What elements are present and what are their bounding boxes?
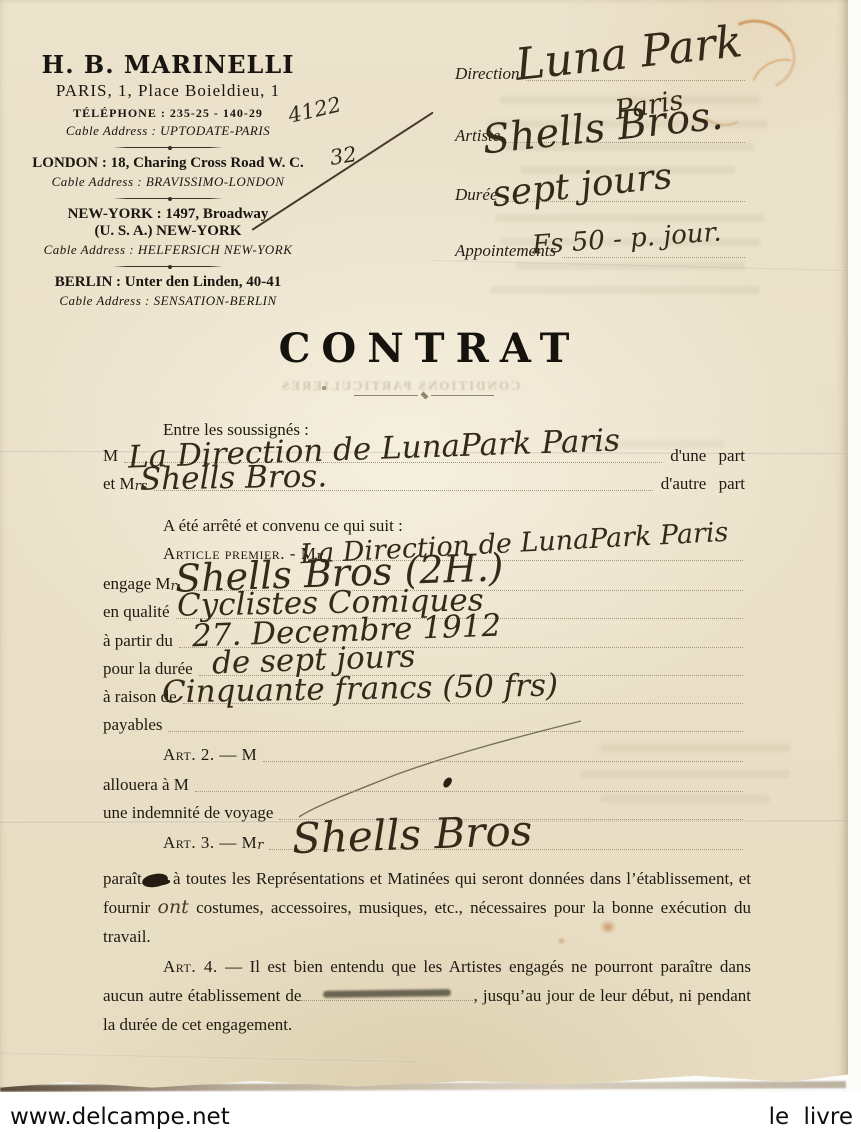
agency-name: H. B. MARINELLI [16,50,320,79]
article4-paragraph: Art. 4. — Il est bien entendu que les Ar… [103,952,751,1039]
party2-label: et M [103,474,135,494]
scanned-contract-document: CONDITIONS PARTICULIERES H. B. MARINELLI… [0,0,861,1132]
article2-label: Art. 2. — M [163,745,257,765]
partir-label: à partir du [103,631,173,651]
cable-address-newyork: Cable Address : HELFERSICH NEW-YORK [16,242,320,258]
showthrough-line [515,262,745,270]
article3-text-part3: costumes, accessoires, musiques, etc., n… [103,898,751,946]
showthrough-line [490,286,760,294]
divider-ornament [113,147,223,148]
contract-title: CONTRAT [0,325,848,372]
letterhead: H. B. MARINELLI PARIS, 1, Place Boieldie… [16,50,320,309]
article3-paragraph: paraît à toutes les Représentations et M… [103,864,751,951]
showthrough-line [600,795,770,803]
allouera-field-line [195,779,743,792]
london-address: LONDON : 18, Charing Cross Road W. C. [16,155,320,172]
article3-superscript: r [257,838,263,853]
title-ornament [354,392,494,399]
paris-address: PARIS, 1, Place Boieldieu, 1 [16,81,320,101]
watermark-right: le livre [769,1104,853,1130]
telephone: Téléphone : 235-25 - 140-29 [16,106,320,121]
divider-ornament [113,266,223,267]
cable-address-london: Cable Address : BRAVISSIMO-LONDON [16,174,320,190]
duree-handwritten-value: sept jours [491,159,674,214]
newyork-address-line2: (U. S. A.) NEW-YORK [16,223,320,240]
article2-row: Art. 2. — M [163,745,745,765]
erased-smudge-line [301,986,473,1001]
payables-label: payables [103,715,162,735]
reference-denominator: 32 [329,144,359,169]
allouera-row: allouera à M [103,775,745,795]
article3-handwritten-signature: Shells Bros [291,810,533,860]
indemnite-label: une indemnité de voyage [103,803,273,823]
showthrough-line [495,214,765,222]
article3-label: Art. 3. — M [163,833,257,853]
raison-handwritten-value: Cinquante francs (50 frs) [162,671,559,709]
party1-suffix: d'une part [670,446,745,466]
cable-address-berlin: Cable Address : SENSATION-BERLIN [16,293,320,309]
direction-label: Direction [455,64,520,84]
article3-text-part1: paraît [103,869,142,888]
article4-label: Art. 4. [163,957,218,976]
cable-address-paris: Cable Address : UPTODATE-PARIS [16,123,320,139]
fold-crease [0,1052,420,1064]
party2-suffix: d'autre part [661,474,745,494]
engage-label: engage M [103,574,171,594]
watermark-bar: www.delcampe.net le livre [0,1092,861,1132]
party2-handwritten-value: Shells Bros. [140,461,328,495]
divider-ornament [113,198,223,199]
berlin-address: BERLIN : Unter den Linden, 40-41 [16,274,320,291]
agreed-text: A été arrêté et convenu ce qui suit : [163,516,403,536]
ink-scribble [141,872,168,888]
article3-handwritten-insertion: ont [158,896,189,918]
watermark-left: www.delcampe.net [10,1104,230,1130]
allouera-label: allouera à M [103,775,189,795]
qualite-label: en qualité [103,602,170,622]
article2-field-line [263,749,743,762]
party1-label: M [103,446,118,466]
contract-paper: CONDITIONS PARTICULIERES H. B. MARINELLI… [0,0,848,1092]
